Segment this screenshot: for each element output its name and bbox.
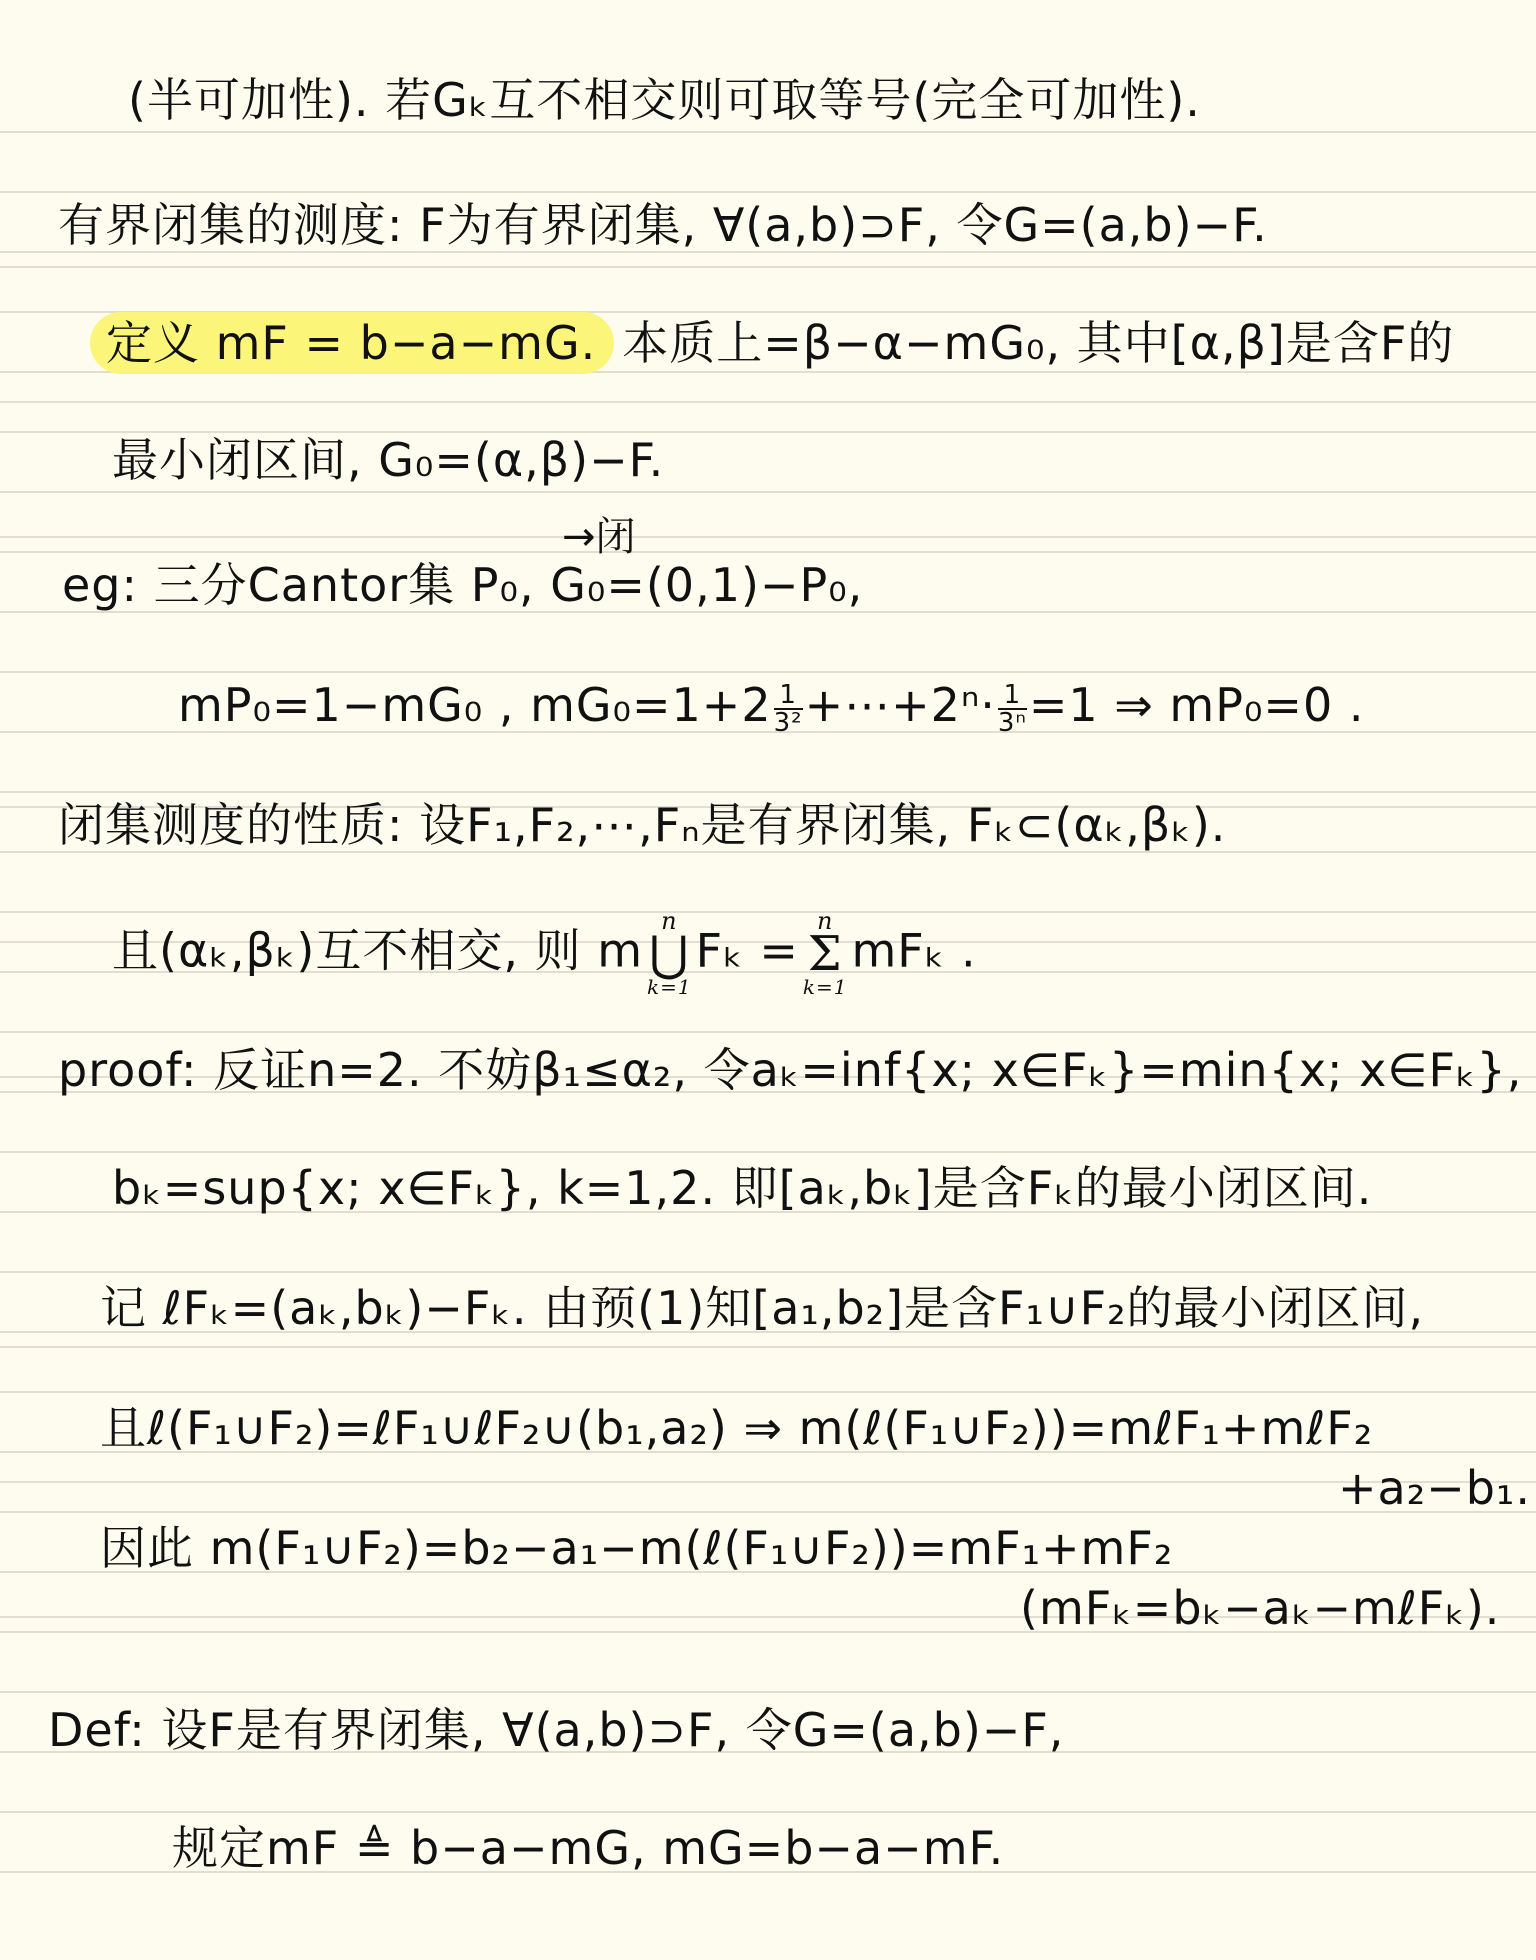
note-line-cantor-measure: mP₀=1−mG₀ , mG₀=1+213²+⋯+2ⁿ·13ⁿ=1 ⇒ mP₀=…: [178, 675, 1364, 736]
cantor-complement: G₀=(0,1)−P₀,: [550, 558, 863, 612]
note-line-minimal-interval: 最小闭区间, G₀=(α,β)−F.: [112, 430, 664, 490]
note-line-proof-union-complement-continuation: +a₂−b₁.: [1338, 1458, 1531, 1518]
note-line-def: Def: 设F是有界闭集, ∀(a,b)⊃F, 令G=(a,b)−F,: [48, 1700, 1064, 1760]
note-line-subadditivity: (半可加性). 若Gₖ互不相交则可取等号(完全可加性).: [128, 70, 1201, 130]
note-line-definition: 定义 mF = b−a−mG.本质上=β−α−mG₀, 其中[α,β]是含F的: [90, 312, 1454, 374]
union-operator: n⋃k=1: [647, 912, 692, 996]
notebook-page: (半可加性). 若Gₖ互不相交则可取等号(完全可加性). 有界闭集的测度: F为…: [0, 0, 1536, 1960]
definition-essence: 本质上=β−α−mG₀, 其中[α,β]是含F的: [622, 316, 1454, 370]
note-line-def-stipulation: 规定mF ≜ b−a−mG, mG=b−a−mF.: [172, 1818, 1004, 1878]
note-line-cantor-example: eg: 三分Cantor集 P₀, G₀=(0,1)−P₀,: [62, 555, 863, 615]
note-line-proof-union-complement: 且ℓ(F₁∪F₂)=ℓF₁∪ℓF₂∪(b₁,a₂) ⇒ m(ℓ(F₁∪F₂))=…: [100, 1398, 1373, 1458]
additivity-prefix: 且(αₖ,βₖ)互不相交, 则 m: [112, 924, 643, 978]
cantor-measure-series: +⋯+2ⁿ·: [805, 678, 996, 732]
note-line-proof-conclusion: 因此 m(F₁∪F₂)=b₂−a₁−m(ℓ(F₁∪F₂))=mF₁+mF₂: [100, 1518, 1173, 1578]
note-line-closed-set-measure: 有界闭集的测度: F为有界闭集, ∀(a,b)⊃F, 令G=(a,b)−F.: [58, 195, 1268, 255]
additivity-suffix: mFₖ .: [851, 924, 976, 978]
note-line-closed-set-properties: 闭集测度的性质: 设F₁,F₂,⋯,Fₙ是有界闭集, Fₖ⊂(αₖ,βₖ).: [58, 795, 1226, 855]
sum-operator: nΣk=1: [803, 912, 848, 996]
note-line-proof-conclusion-note: (mFₖ=bₖ−aₖ−mℓFₖ).: [1020, 1578, 1500, 1638]
note-line-proof-complement: 记 ℓFₖ=(aₖ,bₖ)−Fₖ. 由预(1)知[a₁,b₂]是含F₁∪F₂的最…: [100, 1278, 1424, 1338]
note-line-proof-start: proof: 反证n=2. 不妨β₁≤α₂, 令aₖ=inf{x; x∈Fₖ}=…: [58, 1040, 1522, 1100]
fraction-one-ninth: 13²: [774, 682, 803, 736]
highlighted-definition: 定义 mF = b−a−mG.: [90, 312, 614, 374]
additivity-middle: Fₖ =: [696, 924, 799, 978]
cantor-example-prefix: eg: 三分Cantor集 P₀,: [62, 558, 535, 612]
note-line-proof-sup: bₖ=sup{x; x∈Fₖ}, k=1,2. 即[aₖ,bₖ]是含Fₖ的最小闭…: [112, 1158, 1372, 1218]
note-line-additivity-statement: 且(αₖ,βₖ)互不相交, 则 mn⋃k=1Fₖ =nΣk=1mFₖ .: [112, 912, 977, 996]
cantor-measure-result: =1 ⇒ mP₀=0 .: [1029, 678, 1365, 732]
fraction-one-over-3n: 13ⁿ: [998, 682, 1027, 736]
cantor-measure-start: mP₀=1−mG₀ , mG₀=1+2: [178, 678, 772, 732]
annotation-closed-arrow: →闭: [562, 505, 636, 562]
bottom-margin: [0, 1876, 1536, 1960]
